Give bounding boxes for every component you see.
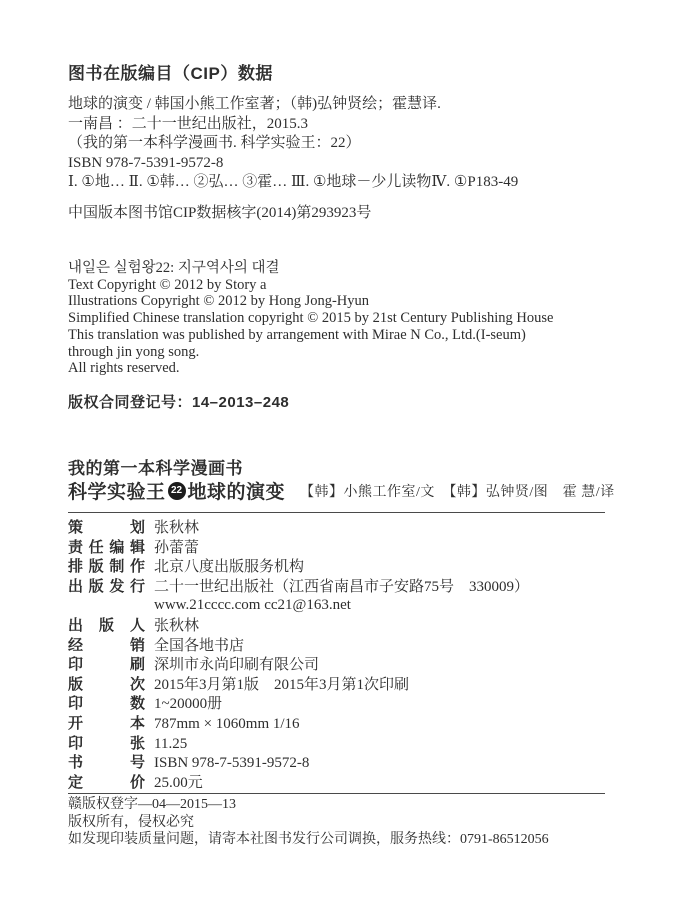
publication-row-label: 开 本 — [68, 714, 145, 734]
publication-row: 印 张 11.25 — [68, 734, 628, 754]
publication-row-label: 出 版 人 — [68, 616, 145, 636]
cip-line: Ⅰ. ①地… Ⅱ. ①韩… ②弘… ③霍… Ⅲ. ①地球－少儿读物Ⅳ. ①P18… — [68, 173, 628, 193]
publication-row-value: www.21cccc.com cc21@163.net — [154, 596, 351, 616]
publication-row: 开 本 787mm × 1060mm 1/16 — [68, 714, 628, 734]
cip-line: （我的第一本科学漫画书. 科学实验王：22） — [68, 134, 628, 154]
publication-row-value: ISBN 978-7-5391-9572-8 — [154, 754, 309, 774]
publication-row: 版 次 2015年3月第1版 2015年3月第1次印刷 — [68, 675, 628, 695]
publication-row: 出版发行 二十一世纪出版社（江西省南昌市子安路75号 330009） — [68, 577, 628, 597]
publication-row-value: 11.25 — [154, 735, 187, 755]
publication-row: 定 价 25.00元 — [68, 773, 628, 793]
publication-row: 责任编辑 孙蕾蕾 — [68, 538, 628, 558]
publication-row-value: 2015年3月第1版 2015年3月第1次印刷 — [154, 676, 409, 696]
publication-row-value: 张秋林 — [154, 617, 199, 637]
publication-row-label: 经 销 — [68, 636, 145, 656]
publication-row-label: 策 划 — [68, 518, 145, 538]
cip-line: 地球的演变 / 韩国小熊工作室著；（韩)弘钟贤绘；霍慧译. — [68, 95, 628, 115]
publication-row: www.21cccc.com cc21@163.net — [68, 596, 628, 616]
book-title-prefix: 科学实验王 — [68, 477, 166, 504]
publication-row-label: 版 次 — [68, 675, 145, 695]
footer-line: 如发现印装质量问题，请寄本社图书发行公司调换，服务热线：0791-8651205… — [68, 831, 648, 849]
footer-line: 版权所有，侵权必究 — [68, 814, 648, 832]
publication-row: 出 版 人 张秋林 — [68, 616, 628, 636]
volume-badge: 22 — [168, 482, 186, 500]
publication-row: 经 销 全国各地书店 — [68, 636, 628, 656]
publication-row-value: 北京八度出版服务机构 — [154, 558, 304, 578]
publication-row-value: 787mm × 1060mm 1/16 — [154, 715, 300, 735]
copyright-line: 내일은 실험왕22: 지구역사의 대결 — [68, 260, 628, 277]
publication-row: 排版制作 北京八度出版服务机构 — [68, 557, 628, 577]
publication-row-label: 排版制作 — [68, 557, 145, 577]
publication-row-label: 定 价 — [68, 773, 145, 793]
publication-row-value: 张秋林 — [154, 519, 199, 539]
copyright-line: All rights reserved. — [68, 360, 628, 377]
publication-row: 印 刷 深圳市永尚印刷有限公司 — [68, 655, 628, 675]
publication-row-value: 深圳市永尚印刷有限公司 — [154, 656, 319, 676]
publication-row-label: 印 刷 — [68, 655, 145, 675]
footer-line: 赣版权登字—04—2015—13 — [68, 796, 648, 814]
publication-info-table: 策 划 张秋林 责任编辑 孙蕾蕾 排版制作 北京八度出版服务机构 出版发行 二十… — [68, 518, 628, 792]
book-title-suffix: 地球的演变 — [188, 477, 286, 504]
publication-row-value: 全国各地书店 — [154, 637, 244, 657]
publication-row: 印 数 1~20000册 — [68, 694, 628, 714]
copyright-line: Text Copyright © 2012 by Story a — [68, 277, 628, 294]
copyright-line: Simplified Chinese translation copyright… — [68, 310, 628, 327]
international-copyright-block: 내일은 실험왕22: 지구역사의 대결 Text Copyright © 201… — [68, 260, 628, 377]
publication-row-label: 责任编辑 — [68, 538, 145, 558]
divider-bottom — [68, 793, 605, 794]
publication-row-value: 25.00元 — [154, 774, 203, 794]
cip-heading: 图书在版编目（CIP）数据 — [68, 59, 273, 84]
publication-row-value: 1~20000册 — [154, 695, 222, 715]
series-title: 我的第一本科学漫画书 — [68, 454, 243, 479]
cip-line: ISBN 978-7-5391-9572-8 — [68, 154, 628, 174]
cip-record-number: 中国版本图书馆CIP数据核字(2014)第293923号 — [68, 201, 371, 222]
publication-row: 书 号 ISBN 978-7-5391-9572-8 — [68, 753, 628, 773]
publication-row-label: 出版发行 — [68, 577, 145, 597]
publication-row-value: 孙蕾蕾 — [154, 539, 199, 559]
registration-number: 版权合同登记号：14–2013–248 — [68, 391, 289, 412]
cip-line: 一南昌 ：二十一世纪出版社，2015.3 — [68, 115, 628, 135]
cip-description: 地球的演变 / 韩国小熊工作室著；（韩)弘钟贤绘；霍慧译. 一南昌 ：二十一世纪… — [68, 95, 628, 193]
book-title-row: 科学实验王 22 地球的演变 【韩】小熊工作室/文 【韩】弘钟贤/图 霍 慧/译 — [68, 477, 615, 504]
publication-row-label: 印 张 — [68, 734, 145, 754]
copyright-line: through jin yong song. — [68, 344, 628, 361]
publication-row-label: 书 号 — [68, 753, 145, 773]
copyright-line: Illustrations Copyright © 2012 by Hong J… — [68, 293, 628, 310]
footer-block: 赣版权登字—04—2015—13 版权所有，侵权必究 如发现印装质量问题，请寄本… — [68, 796, 648, 849]
copyright-line: This translation was published by arrang… — [68, 327, 628, 344]
copyright-page: 图书在版编目（CIP）数据 地球的演变 / 韩国小熊工作室著；（韩)弘钟贤绘；霍… — [0, 0, 700, 918]
publication-row-value: 二十一世纪出版社（江西省南昌市子安路75号 330009） — [154, 578, 529, 598]
divider-top — [68, 512, 605, 513]
author-credits: 【韩】小熊工作室/文 【韩】弘钟贤/图 霍 慧/译 — [300, 481, 615, 501]
publication-row: 策 划 张秋林 — [68, 518, 628, 538]
publication-row-label: 印 数 — [68, 694, 145, 714]
